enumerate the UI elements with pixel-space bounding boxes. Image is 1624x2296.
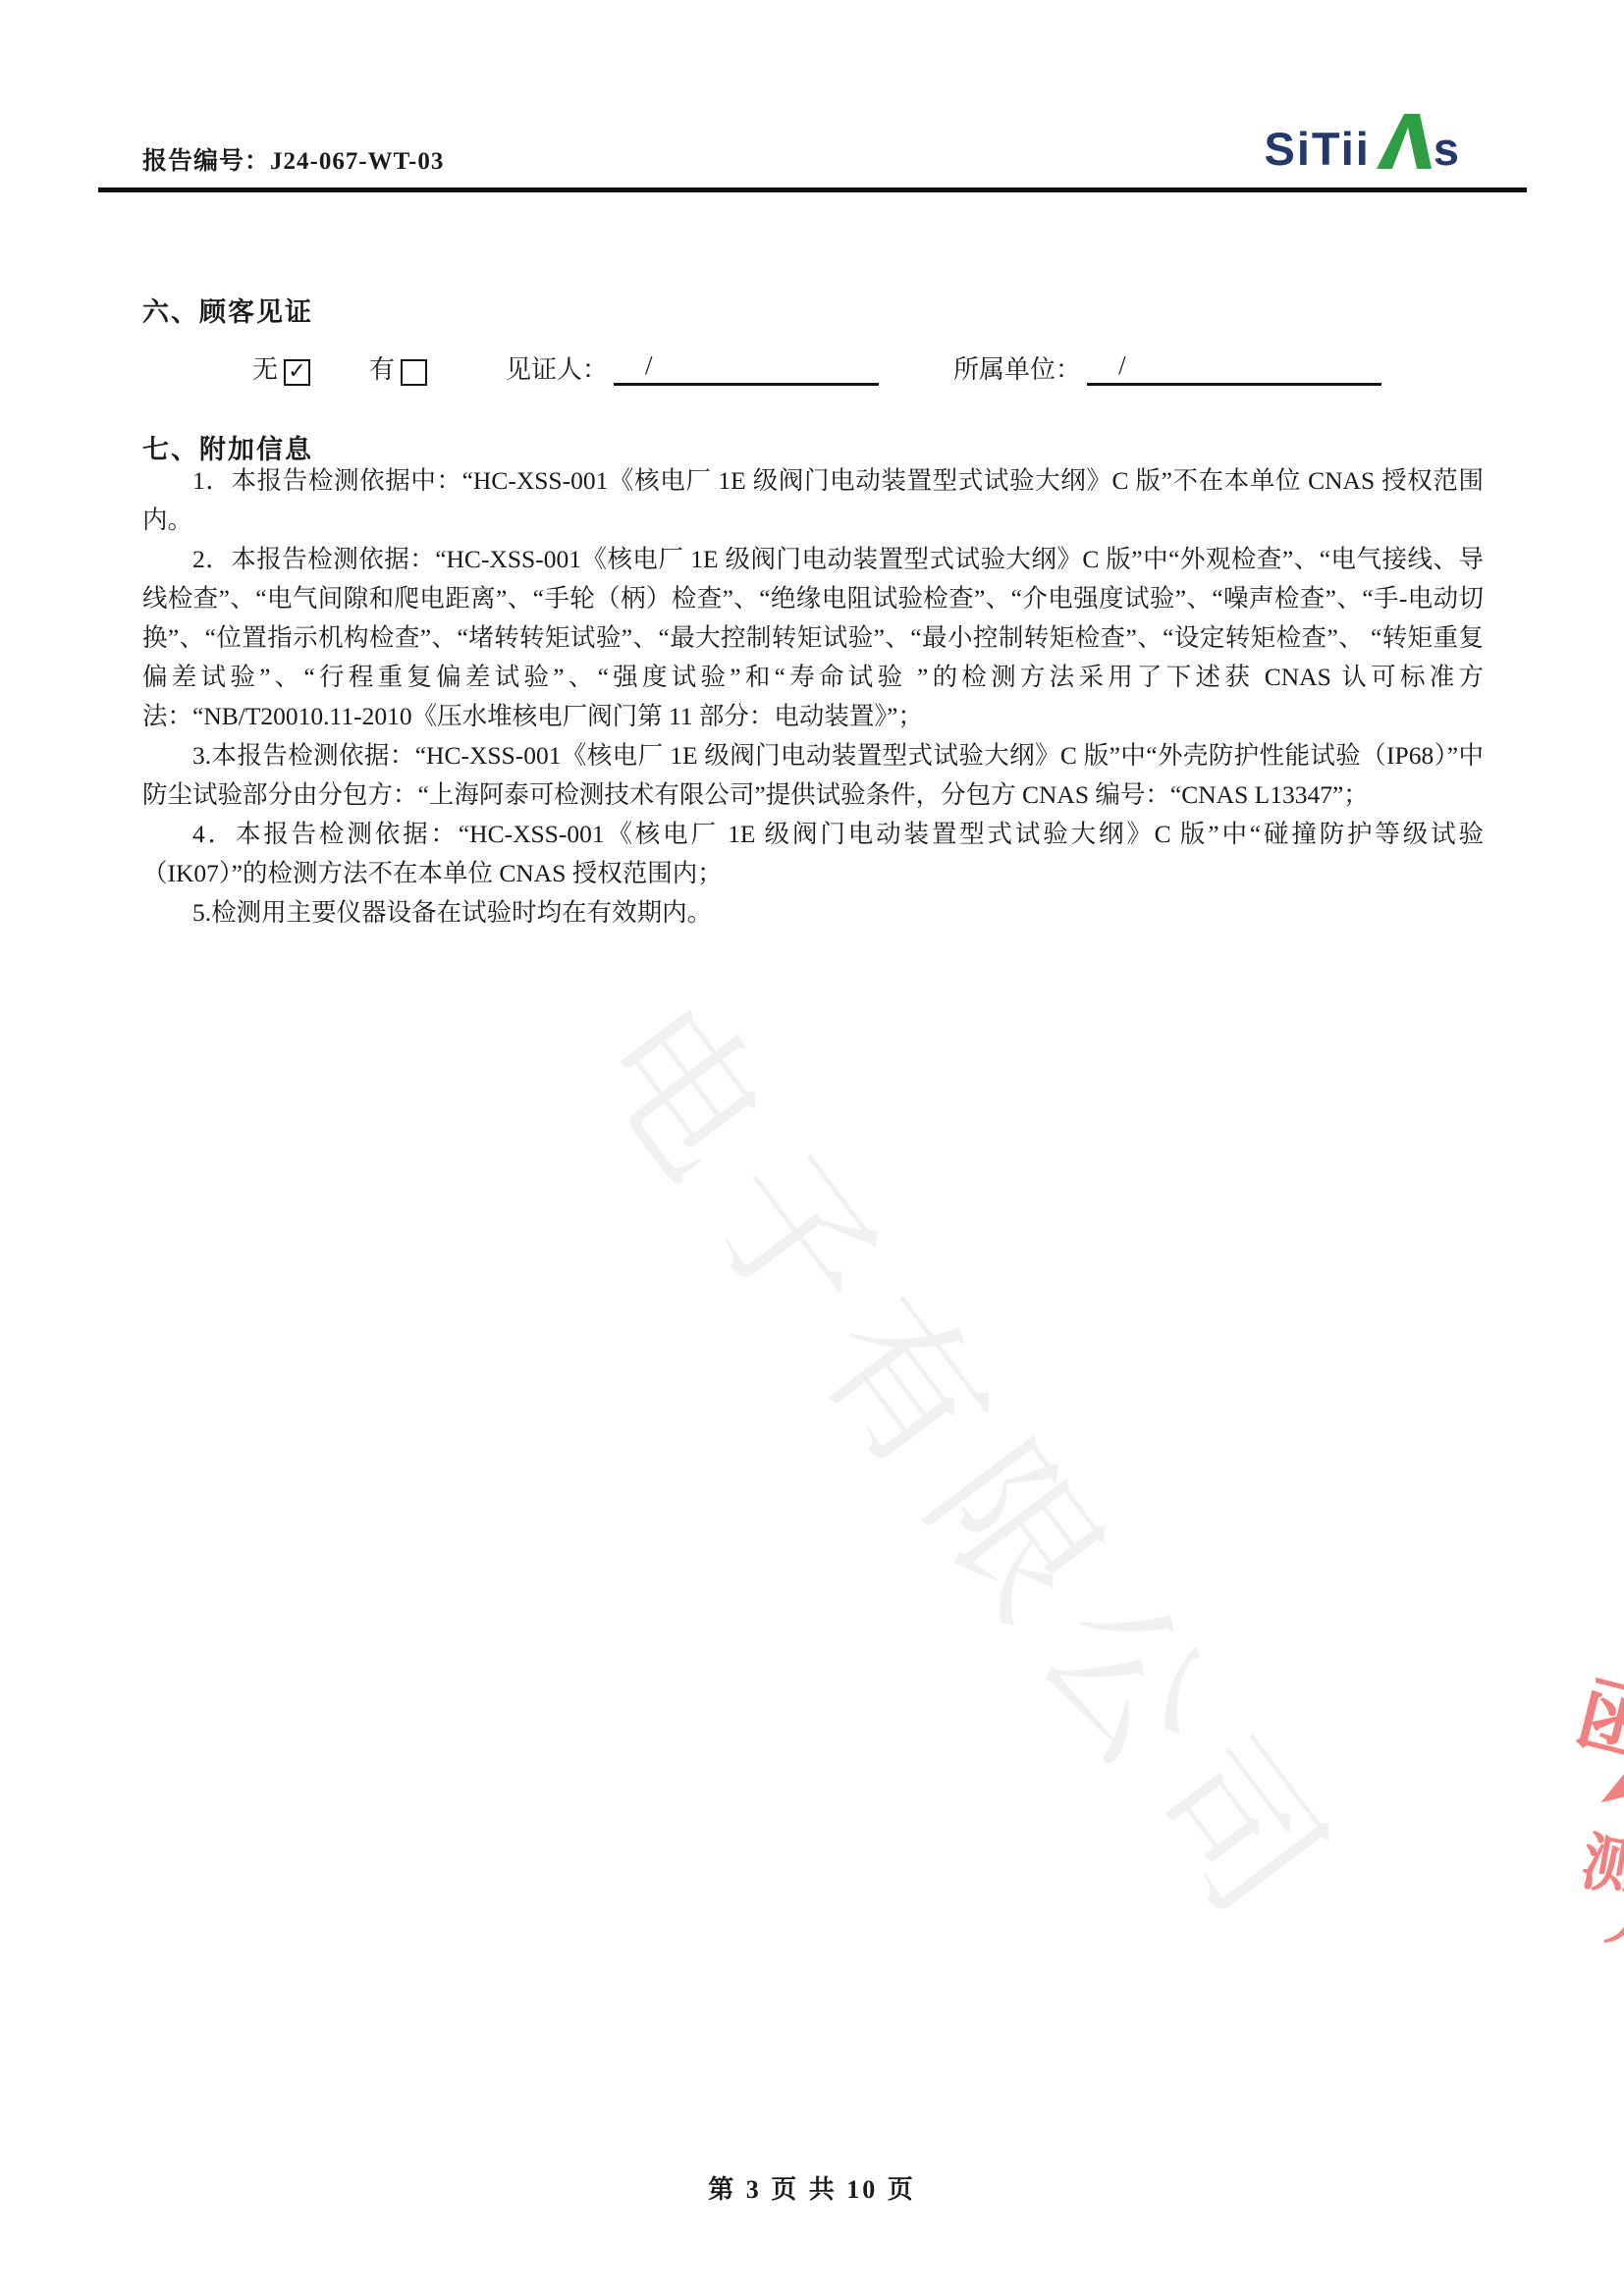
additional-info-item-5: 5.检测用主要仪器设备在试验时均在有效期内。	[142, 893, 1484, 933]
additional-info-item-4: 4．本报告检测依据：“HC-XSS-001《核电厂 1E 级阀门电动装置型式试验…	[142, 815, 1484, 893]
witness-person-label: 见证人：	[506, 349, 608, 386]
logo-green-a-icon	[1375, 114, 1432, 173]
witness-unit-field[interactable]: /	[1087, 350, 1381, 386]
report-number: 报告编号：J24-067-WT-03	[142, 141, 444, 177]
witness-yes-checkbox[interactable]	[401, 359, 427, 386]
red-stamp-fragment-2: 测	[1575, 1811, 1624, 1911]
sitiias-logo: SiTii s	[1264, 114, 1459, 172]
report-page: 电子有限公司 报告编号：J24-067-WT-03 SiTii s 六、顾客见证…	[0, 0, 1624, 2296]
witness-unit-label: 所属单位：	[953, 349, 1081, 386]
company-watermark: 电子有限公司	[553, 950, 1401, 1971]
witness-yes-label: 有	[369, 349, 395, 386]
section-six-heading: 六、顾客见证	[142, 291, 313, 329]
red-stamp-wedge-icon	[1594, 1765, 1624, 1803]
red-stamp-fragment-1: 函	[1566, 1649, 1624, 1785]
additional-info-item-3: 3.本报告检测依据：“HC-XSS-001《核电厂 1E 级阀门电动装置型式试验…	[142, 736, 1484, 815]
additional-info-item-2: 2．本报告检测依据：“HC-XSS-001《核电厂 1E 级阀门电动装置型式试验…	[142, 540, 1484, 736]
page-number-footer: 第 3 页 共 10 页	[0, 2169, 1624, 2206]
header-divider	[98, 187, 1527, 192]
customer-witness-row: 无✓ 有 见证人： / 所属单位： /	[252, 349, 1381, 386]
additional-info-item-1: 1．本报告检测依据中：“HC-XSS-001《核电厂 1E 级阀门电动装置型式试…	[142, 461, 1484, 540]
logo-text-left: SiTii	[1264, 126, 1370, 172]
witness-person-field[interactable]: /	[614, 350, 879, 386]
witness-no-checkbox[interactable]: ✓	[284, 359, 310, 386]
logo-text-right: s	[1434, 126, 1459, 172]
witness-no-label: 无	[252, 349, 278, 386]
red-stamp-fragment-3: 丿	[1588, 1866, 1624, 1967]
additional-info-paragraphs: 1．本报告检测依据中：“HC-XSS-001《核电厂 1E 级阀门电动装置型式试…	[142, 461, 1484, 933]
